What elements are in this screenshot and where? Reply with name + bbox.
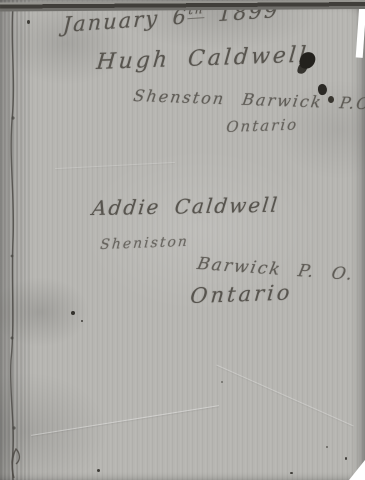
owner-name-line-2: Addie Caldwell [92,193,279,220]
province-line-2: Ontario [190,280,293,308]
binding-crease-line [0,0,40,480]
paper-speck [71,311,75,315]
ink-blot-small [328,96,334,103]
worn-corner-bottom-right [349,460,365,480]
address-line-2-town: Sheniston [100,234,189,253]
pencil-loop-squiggle [8,448,28,480]
paper-speck [326,446,328,448]
paper-speck [81,320,83,322]
province-line-1: Ontario [226,115,299,135]
paper-speck [221,381,223,383]
paper-speck [345,457,347,460]
paper-speck [27,20,30,24]
paper-speck [290,472,293,474]
paper-speck [97,469,100,472]
scanned-notebook-cover: January 6th 1899 Hugh Caldwell Shenston … [0,0,365,480]
